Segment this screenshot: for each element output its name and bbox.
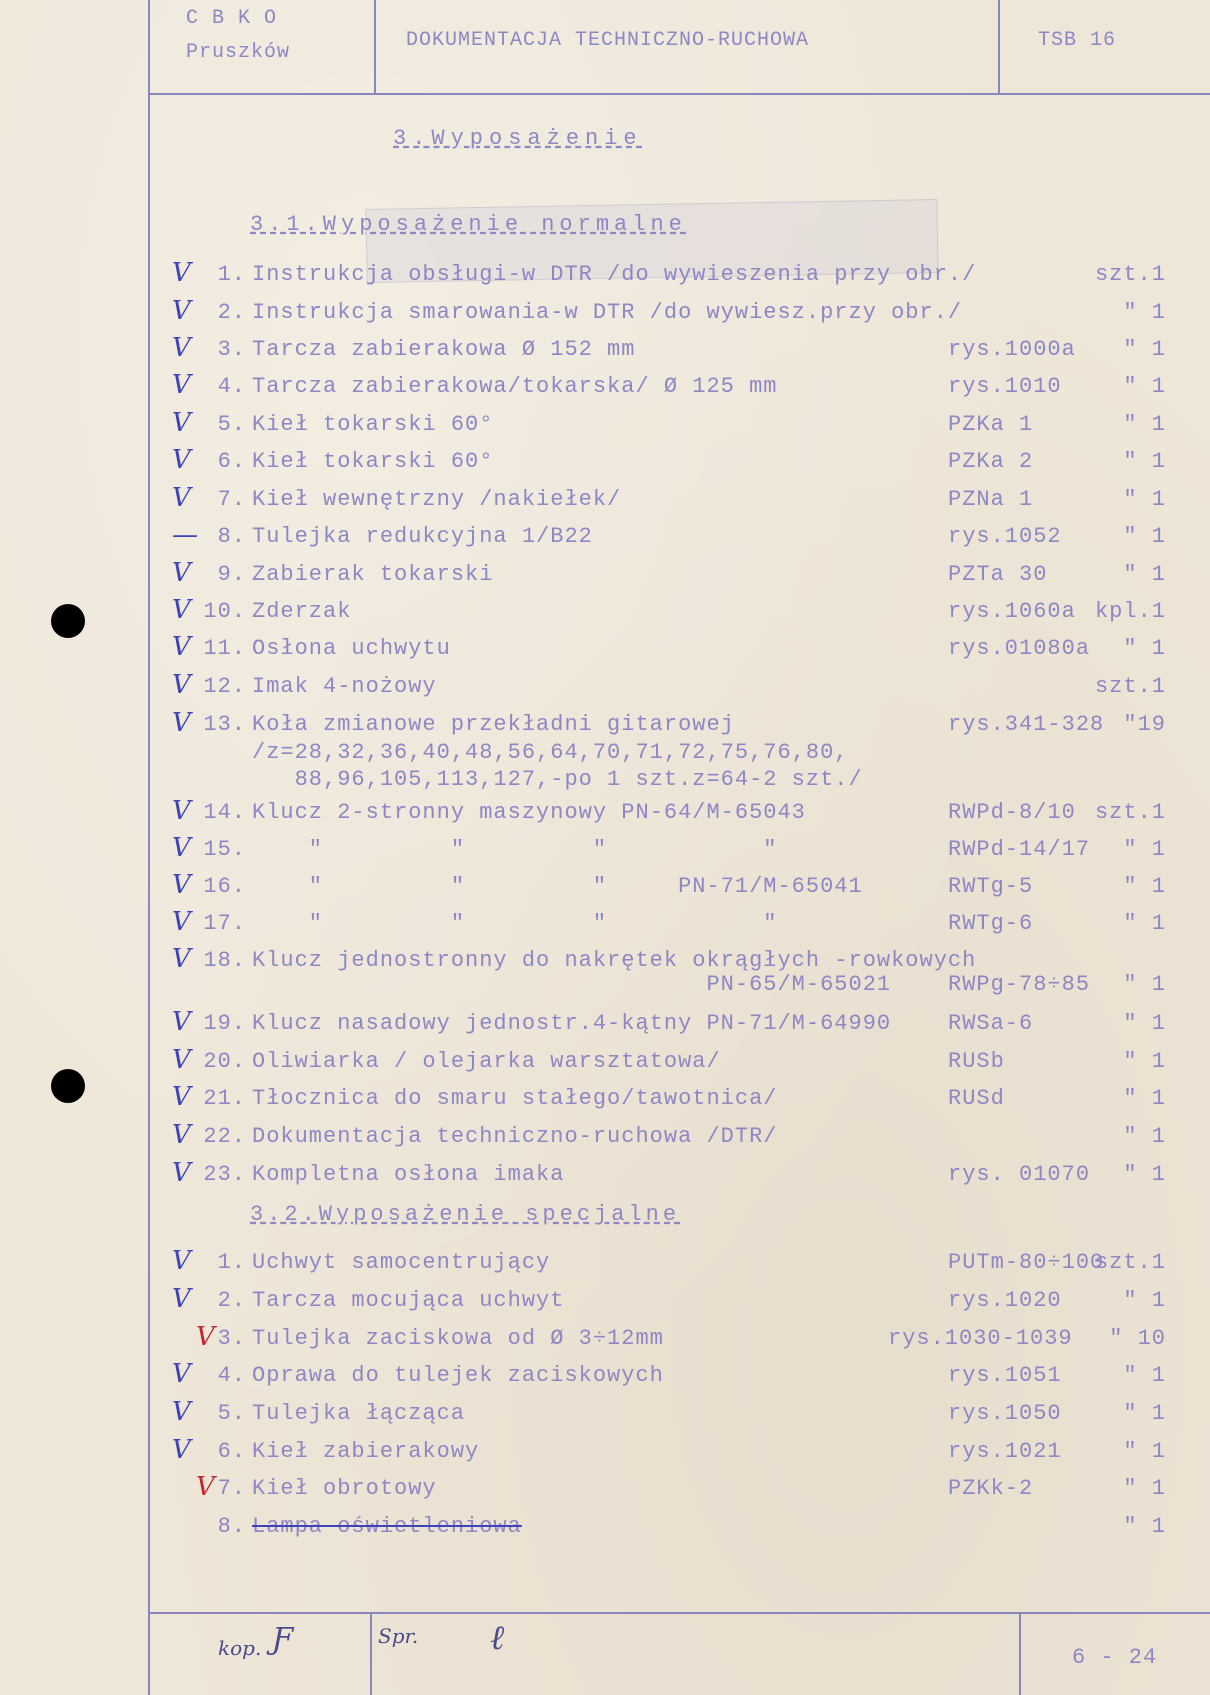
item-number: 2.	[190, 300, 246, 326]
checkmark-icon: V	[172, 710, 191, 736]
item-drawing-ref: RWTg-6	[948, 911, 1033, 937]
item-description: Oprawa do tulejek zaciskowych	[252, 1363, 664, 1389]
signature-2: ℓ	[490, 1618, 504, 1658]
item-drawing-ref: rys.1010	[948, 374, 1062, 400]
item-drawing-ref: rys.1020	[948, 1288, 1062, 1314]
item-quantity: " 10	[1109, 1326, 1166, 1352]
item-drawing-ref: RWPg-78÷85	[948, 972, 1090, 998]
item-description: " " " "	[252, 837, 777, 863]
item-quantity: " 1	[1123, 1401, 1166, 1427]
header-bottom-line	[148, 93, 1210, 95]
item-number: 3.	[190, 337, 246, 363]
item-description: Tulejka zaciskowa od Ø 3÷12mm	[252, 1326, 664, 1352]
item-number: 22.	[190, 1124, 246, 1150]
item-drawing-ref: PUTm-80÷100	[948, 1250, 1104, 1276]
item-quantity: szt.1	[1095, 800, 1166, 826]
frame-left-line	[148, 0, 150, 1695]
item-quantity: " 1	[1123, 1514, 1166, 1540]
checkmark-icon: V	[172, 1047, 191, 1073]
item-number: 23.	[190, 1162, 246, 1188]
header-divider-1	[374, 0, 376, 94]
item-drawing-ref: PZNa 1	[948, 487, 1033, 513]
item-quantity: " 1	[1123, 1011, 1166, 1037]
item-quantity: " 1	[1123, 636, 1166, 662]
item-description: Osłona uchwytu	[252, 636, 451, 662]
item-description: Klucz 2-stronny maszynowy PN-64/M-65043	[252, 800, 806, 826]
checkmark-icon: V	[172, 485, 191, 511]
item-quantity: " 1	[1123, 837, 1166, 863]
footer-copy-label: kop.	[218, 1636, 261, 1660]
item-description: Klucz jednostronny do nakrętek okrągłych…	[252, 948, 976, 974]
item-description: Dokumentacja techniczno-ruchowa /DTR/	[252, 1124, 777, 1150]
item-description: Oliwiarka / olejarka warsztatowa/	[252, 1049, 721, 1075]
item-number: 12.	[190, 674, 246, 700]
item-drawing-ref: RWPd-8/10	[948, 800, 1076, 826]
item-quantity: " 1	[1123, 487, 1166, 513]
item-description: Koła zmianowe przekładni gitarowej	[252, 712, 735, 738]
item-quantity: " 1	[1123, 1124, 1166, 1150]
item-number: 2.	[190, 1288, 246, 1314]
item-number: 4.	[190, 1363, 246, 1389]
document-page: C B K O Pruszków DOKUMENTACJA TECHNICZNO…	[0, 0, 1210, 1695]
item-description: Uchwyt samocentrujący	[252, 1250, 550, 1276]
item-description: /z=28,32,36,40,48,56,64,70,71,72,75,76,8…	[252, 740, 849, 766]
footer-divider-2	[1019, 1612, 1021, 1695]
item-description: Zabierak tokarski	[252, 562, 493, 588]
signature-1: Ƒ	[272, 1622, 293, 1657]
item-drawing-ref: PZKa 2	[948, 449, 1033, 475]
item-description: Klucz nasadowy jednostr.4-kątny PN-71/M-…	[252, 1011, 891, 1037]
item-number: 18.	[190, 948, 246, 974]
checkmark-icon: V	[172, 1248, 191, 1274]
item-quantity: " 1	[1123, 1049, 1166, 1075]
item-quantity: " 1	[1123, 374, 1166, 400]
item-drawing-ref: RWTg-5	[948, 874, 1033, 900]
item-description: Tulejka redukcyjna 1/B22	[252, 524, 593, 550]
item-number: 10.	[190, 599, 246, 625]
item-drawing-ref: rys.1050	[948, 1401, 1062, 1427]
checkmark-icon: V	[172, 410, 191, 436]
item-drawing-ref: PZKk-2	[948, 1476, 1033, 1502]
item-drawing-ref: rys.1030-1039	[888, 1326, 1073, 1352]
checkmark-icon: V	[172, 298, 191, 324]
item-number: 8.	[190, 1514, 246, 1540]
item-description: Instrukcja obsługi-w DTR /do wywieszenia…	[252, 262, 976, 288]
item-quantity: " 1	[1123, 412, 1166, 438]
item-quantity: " 1	[1123, 524, 1166, 550]
item-number: 16.	[190, 874, 246, 900]
item-quantity: " 1	[1123, 1476, 1166, 1502]
item-quantity: szt.1	[1095, 1250, 1166, 1276]
item-quantity: " 1	[1123, 1288, 1166, 1314]
checkmark-icon: V	[172, 672, 191, 698]
page-number: 6 - 24	[1072, 1645, 1157, 1671]
item-drawing-ref: RWSa-6	[948, 1011, 1033, 1037]
item-number: 1.	[190, 1250, 246, 1276]
item-description: " " " PN-71/M-65041	[252, 874, 863, 900]
checkmark-icon: V	[172, 872, 191, 898]
item-description: Tłocznica do smaru stałego/tawotnica/	[252, 1086, 777, 1112]
item-drawing-ref: RUSd	[948, 1086, 1005, 1112]
item-drawing-ref: rys.341-328	[948, 712, 1104, 738]
item-number: 3.	[190, 1326, 246, 1352]
footer-top-line	[148, 1612, 1210, 1614]
checkmark-icon: V	[172, 597, 191, 623]
item-number: 6.	[190, 1439, 246, 1465]
item-description: Tarcza zabierakowa/tokarska/ Ø 125 mm	[252, 374, 777, 400]
item-number: 7.	[190, 487, 246, 513]
footer-checked-label: Spr.	[378, 1624, 418, 1648]
section-heading-special: 3.2.Wyposażenie specjalne	[250, 1202, 680, 1228]
item-number: 7.	[190, 1476, 246, 1502]
checkmark-icon: V	[172, 835, 191, 861]
item-quantity: kpl.1	[1095, 599, 1166, 625]
checkmark-icon: V	[172, 1009, 191, 1035]
item-quantity: " 1	[1123, 972, 1166, 998]
item-drawing-ref: rys.1021	[948, 1439, 1062, 1465]
item-quantity: " 1	[1123, 562, 1166, 588]
section-heading-normal: 3.1.Wyposażenie normalne	[250, 212, 687, 238]
header-divider-2	[998, 0, 1000, 94]
item-number: 20.	[190, 1049, 246, 1075]
item-quantity: " 1	[1123, 300, 1166, 326]
checkmark-icon: V	[172, 798, 191, 824]
item-drawing-ref: RWPd-14/17	[948, 837, 1090, 863]
item-drawing-ref: rys.1000a	[948, 337, 1076, 363]
checkmark-icon: V	[172, 335, 191, 361]
item-quantity: " 1	[1123, 449, 1166, 475]
org-city: Pruszków	[186, 40, 290, 66]
item-quantity: szt.1	[1095, 674, 1166, 700]
item-number: 5.	[190, 412, 246, 438]
item-description: Zderzak	[252, 599, 351, 625]
item-quantity: szt.1	[1095, 262, 1166, 288]
item-quantity: "19	[1123, 712, 1166, 738]
item-drawing-ref: PZKa 1	[948, 412, 1033, 438]
item-description: Kieł tokarski 60°	[252, 449, 493, 475]
item-description: Kieł zabierakowy	[252, 1439, 479, 1465]
checkmark-icon: V	[172, 260, 191, 286]
item-description: PN-65/M-65021	[252, 972, 891, 998]
item-description: 88,96,105,113,127,-po 1 szt.z=64-2 szt./	[252, 767, 863, 793]
doc-code: TSB 16	[1038, 28, 1116, 54]
checkmark-icon: V	[172, 1084, 191, 1110]
punch-hole-top	[51, 604, 85, 638]
checkmark-icon: V	[172, 447, 191, 473]
checkmark-icon: V	[172, 1361, 191, 1387]
item-description: Kompletna osłona imaka	[252, 1162, 564, 1188]
footer-divider-1	[370, 1612, 372, 1695]
item-quantity: " 1	[1123, 1439, 1166, 1465]
item-number: 13.	[190, 712, 246, 738]
item-quantity: " 1	[1123, 874, 1166, 900]
item-number: 5.	[190, 1401, 246, 1427]
punch-hole-bottom	[51, 1069, 85, 1103]
item-description: Kieł wewnętrzny /nakiełek/	[252, 487, 621, 513]
item-description: Lampa oświetleniowa	[252, 1514, 522, 1540]
checkmark-icon: V	[172, 1160, 191, 1186]
checkmark-icon: V	[172, 946, 191, 972]
page-title: 3.Wyposażenie	[393, 126, 643, 152]
item-number: 19.	[190, 1011, 246, 1037]
checkmark-icon: V	[172, 1399, 191, 1425]
item-drawing-ref: rys.1052	[948, 524, 1062, 550]
item-quantity: " 1	[1123, 337, 1166, 363]
item-drawing-ref: RUSb	[948, 1049, 1005, 1075]
checkmark-icon: V	[172, 1437, 191, 1463]
item-drawing-ref: rys.1060a	[948, 599, 1076, 625]
checkmark-icon: V	[172, 634, 191, 660]
item-drawing-ref: rys.1051	[948, 1363, 1062, 1389]
doc-title: DOKUMENTACJA TECHNICZNO-RUCHOWA	[406, 28, 809, 54]
item-quantity: " 1	[1123, 1363, 1166, 1389]
item-number: 15.	[190, 837, 246, 863]
item-description: Kieł obrotowy	[252, 1476, 437, 1502]
item-description: Kieł tokarski 60°	[252, 412, 493, 438]
checkmark-icon: V	[172, 372, 191, 398]
item-number: 11.	[190, 636, 246, 662]
item-quantity: " 1	[1123, 1086, 1166, 1112]
item-number: 17.	[190, 911, 246, 937]
item-number: 21.	[190, 1086, 246, 1112]
item-number: 4.	[190, 374, 246, 400]
checkmark-icon: V	[172, 909, 191, 935]
item-description: " " " "	[252, 911, 777, 937]
item-description: Instrukcja smarowania-w DTR /do wywiesz.…	[252, 300, 962, 326]
item-description: Tarcza mocująca uchwyt	[252, 1288, 564, 1314]
item-number: 9.	[190, 562, 246, 588]
item-drawing-ref: rys. 01070	[948, 1162, 1090, 1188]
item-drawing-ref: rys.01080a	[948, 636, 1090, 662]
item-number: 14.	[190, 800, 246, 826]
item-description: Imak 4-nożowy	[252, 674, 437, 700]
checkmark-icon: V	[172, 1122, 191, 1148]
item-drawing-ref: PZTa 30	[948, 562, 1047, 588]
item-quantity: " 1	[1123, 1162, 1166, 1188]
item-description: Tulejka łącząca	[252, 1401, 465, 1427]
item-description: Tarcza zabierakowa Ø 152 mm	[252, 337, 635, 363]
checkmark-icon: V	[172, 1286, 191, 1312]
checkmark-icon: V	[172, 560, 191, 586]
item-number: 8.	[190, 524, 246, 550]
item-number: 6.	[190, 449, 246, 475]
item-quantity: " 1	[1123, 911, 1166, 937]
org-name: C B K O	[186, 6, 277, 32]
item-number: 1.	[190, 262, 246, 288]
